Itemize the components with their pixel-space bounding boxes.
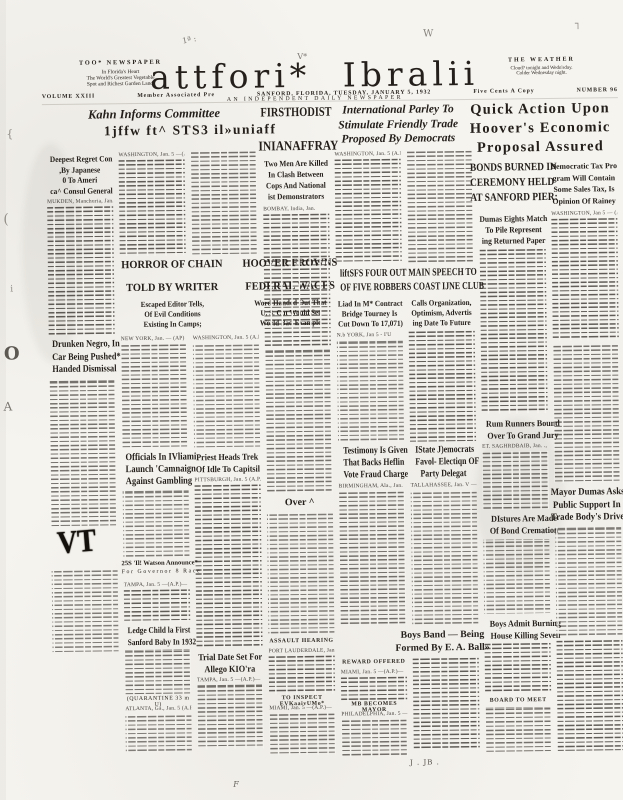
story-body: BIRMINGHAM, Ala., Jan. bbox=[339, 483, 407, 625]
story-dateline: WASHINGTON, Jan. 5 —(A.P.)— bbox=[119, 151, 185, 158]
story-dateline: TAMPA, Jan. 5 —(A.P.)— bbox=[197, 676, 263, 683]
body-text-greek bbox=[49, 380, 117, 529]
headline-line: Over ^ bbox=[285, 497, 315, 508]
headline-line: ing Returned Paper bbox=[476, 235, 552, 247]
headline-line: That Backs Heflin bbox=[343, 457, 399, 470]
headline-line: Favol- Electiqn OF bbox=[415, 456, 471, 469]
artifact-glyph: { bbox=[6, 128, 13, 141]
headline-line: ist Demonstrators bbox=[264, 191, 327, 203]
story-dateline: PITTSBURGH, Jan. 5 (A.P.) bbox=[194, 477, 260, 484]
scan-artifact: A bbox=[4, 400, 13, 414]
body-text-greek bbox=[123, 489, 190, 558]
body-text-greek bbox=[482, 450, 549, 509]
scan-artifact: ( bbox=[3, 212, 9, 228]
story-body: NEW YORK, Jan. — (AP) bbox=[121, 335, 188, 447]
headline-first-baby: Ledge Child la First Sanford Baby In 193… bbox=[122, 623, 192, 648]
story-dateline: NEW YORK, Jan. — (AP) bbox=[121, 335, 187, 342]
body-text-greek bbox=[409, 331, 476, 442]
headline-line: Priest Heads Trek bbox=[196, 451, 259, 464]
headline-line: IState J)emocrats bbox=[415, 444, 471, 457]
headline-line: Handed Dismissal bbox=[52, 363, 112, 376]
headline-line: Testimony Is Given bbox=[343, 445, 399, 458]
headline-robbers-speech: liftSFS FOUR OUT MAIN SPEECH TO OF FIVE … bbox=[320, 266, 480, 296]
scan-artifact: ┐ bbox=[575, 19, 581, 30]
body-text-greek bbox=[265, 350, 333, 495]
body-text-greek bbox=[411, 489, 479, 624]
body-text-greek bbox=[193, 342, 260, 447]
headline-line: Some Sales Tax, Is bbox=[549, 183, 619, 195]
story-dateline: PHILADELPHIA, Jan. 5 — bbox=[341, 711, 407, 718]
body-text-greek bbox=[483, 539, 550, 614]
story-body: MIAMI, Jan. 5 —(A.P.)— bbox=[269, 705, 336, 755]
headline-line: 1jffw ft^ STS3 il»uniaff bbox=[86, 121, 294, 140]
headline-watson-announces: 25S 'Il! Watson Announce* For Governor 8… bbox=[121, 559, 191, 575]
headline-line: OF FIVE ROBBERS COAST IJNE CLUB bbox=[340, 280, 460, 295]
body-text-greek bbox=[341, 676, 407, 701]
scan-artifact: i bbox=[10, 285, 13, 295]
headline-line: Kahn Informs Committee bbox=[84, 106, 224, 122]
weather-title: THE WEATHER bbox=[467, 56, 615, 64]
artifact-glyph: A bbox=[4, 400, 13, 414]
issue-number: NUMBER 96 bbox=[577, 87, 618, 94]
headline-line: Cops And National bbox=[264, 180, 327, 192]
headline-quick-action: Quick Action Upon Hoover's Economic Prop… bbox=[462, 99, 619, 158]
headline-dumas-match: Dumas Eights Match To Pile Represent ing… bbox=[471, 213, 555, 247]
body-text-greek bbox=[195, 484, 263, 647]
headline-line: ing Date To Future bbox=[410, 318, 473, 329]
ink-blot-letters: VT bbox=[56, 523, 98, 563]
headline-line: Proposal Assured bbox=[462, 137, 618, 158]
headline-mayor-dumas: Mayor Dumas Asks Public Support In Trade… bbox=[547, 486, 623, 524]
headline-line: Trial Date Set For bbox=[198, 651, 261, 664]
headline-two-men-killed: Two Men Are Killed In Clash Between Cops… bbox=[261, 158, 332, 203]
headline-officials-miami: Officials In IVliami Launch 'Camnaign Ag… bbox=[120, 451, 190, 488]
headline-deepest-regret: Deepest Regret Con ,By Japanese 0 To Ame… bbox=[47, 154, 114, 197]
weather-line: Colder Wednesday night. bbox=[468, 70, 616, 77]
story-body: PORT LAUDERDALE, Jan. 5. bbox=[269, 648, 336, 694]
headline-line: Mayor Dumas Asks bbox=[551, 486, 623, 499]
masthead-weather-ear: THE WEATHER Cloud? tonight and Wedn'sday… bbox=[467, 56, 615, 77]
deck-calls-organization: Calls Organization, Optimism, Advertis i… bbox=[406, 298, 476, 329]
story-body: ET. SAGHRDBAIB, Jan. ., bbox=[482, 443, 549, 509]
story-dateline: BOMBAY, India, Jan. bbox=[263, 206, 329, 213]
page-mark: J . JB . bbox=[410, 758, 440, 766]
headline-line: ASSAULT HEARING bbox=[269, 638, 333, 645]
headline-line: Rum Runners Bound bbox=[482, 417, 563, 430]
story-body: PHILADELPHIA, Jan. 5 — bbox=[341, 711, 408, 757]
story-body: ATLANTA, Ga., Jan. 5 (A.P.) bbox=[125, 705, 192, 751]
headline-line: ,By Japanese bbox=[50, 165, 110, 176]
body-text-greek bbox=[269, 712, 336, 755]
body-text-greek bbox=[553, 344, 621, 483]
body-text-greek bbox=[413, 658, 480, 751]
headline-drunken-dismissal: Drunken Negro, In Car Being Pushed* Hand… bbox=[47, 338, 117, 376]
headline-line: Allego KIO'ra bbox=[198, 663, 261, 676]
headline-line: Opinion Of Rainey bbox=[549, 195, 619, 207]
headline-line: Deepest Regret Con bbox=[50, 154, 110, 165]
story-body: MIAMI, Jan. 5 —(A.P.)— bbox=[341, 669, 407, 701]
body-text-greek bbox=[47, 206, 115, 335]
headline-line: Quick Action Upon bbox=[462, 99, 618, 120]
story-body: MUKDEN, Manchuria, Jan. bbox=[47, 198, 115, 334]
headline-line: Ledge Child la First bbox=[128, 623, 188, 636]
headline-line: Boys Admit Burning bbox=[485, 617, 566, 630]
body-text-greek bbox=[485, 707, 552, 752]
story-dateline: TAMPA, Jan. 5 —(A.P.)— bbox=[124, 581, 190, 588]
story-dateline: WASHINGTON, Jan 5 — (A.P.) bbox=[551, 210, 617, 217]
body-text-greek bbox=[119, 159, 186, 256]
headline-line: HORROR OF CHAIN bbox=[119, 258, 226, 273]
body-text-greek bbox=[557, 640, 623, 751]
story-body: WASHINGTON, Jan 5 — (A.P.) bbox=[551, 210, 619, 340]
story-dateline: MUKDEN, Manchuria, Jan. bbox=[47, 198, 113, 205]
headline-line: Launch 'Camnaign bbox=[126, 463, 186, 476]
story-dateline: TALLAHASSEE, Jan. V —(A.P.)— bbox=[411, 482, 477, 489]
body-text-greek bbox=[267, 512, 334, 635]
headline-line: Hoover's Economic bbox=[462, 118, 618, 139]
headline-line: Against Gambling bbox=[126, 475, 186, 488]
body-text-greek bbox=[555, 526, 622, 637]
scan-artifact: V* bbox=[297, 52, 307, 61]
deck-escaped-editor: Escaped Editor Tells, Of Evil Conditions… bbox=[116, 299, 228, 330]
artifact-glyph: O bbox=[4, 343, 20, 364]
section-head-board-meet: BOARD TO MEET bbox=[485, 697, 551, 704]
body-text-greek bbox=[341, 718, 407, 757]
headline-line: Two Men Are Killed bbox=[264, 158, 327, 170]
headline-line: BOARD TO MEET bbox=[490, 697, 547, 704]
story-body: TALLAHASSEE, Jan. V —(A.P.)— bbox=[411, 482, 479, 624]
headline-line: Trade Body's Drive. bbox=[551, 511, 623, 524]
headline-bonds-burned: BONDS BURNED IN CEREMONY HELD AT SANFORD… bbox=[463, 160, 560, 206]
body-text-greek bbox=[335, 158, 402, 263]
body-text-greek bbox=[551, 218, 618, 341]
headline-line: 0 To Ameri bbox=[50, 175, 110, 186]
scan-artifact: F bbox=[233, 780, 239, 789]
headline-line: Officials In IVliami bbox=[125, 451, 185, 464]
headline-line: 25S 'Il! Watson Announce* bbox=[121, 559, 191, 567]
headline-line: Drunken Negro, In bbox=[52, 338, 112, 351]
artifact-glyph: V* bbox=[297, 52, 307, 61]
headline-line: REWARD OFFERED bbox=[342, 659, 405, 666]
body-text-greek bbox=[124, 589, 190, 622]
blot-glyph: VT bbox=[56, 523, 98, 562]
story-dateline: BIRMINGHAM, Ala., Jan. bbox=[339, 483, 405, 490]
body-text-greek bbox=[197, 684, 264, 749]
artifact-glyph: i bbox=[10, 285, 13, 295]
body-text-greek bbox=[480, 249, 548, 414]
headline-line: gram Will Contain bbox=[549, 172, 619, 184]
headline-line: liftSFS FOUR OUT MAIN SPEECH TO bbox=[340, 266, 460, 281]
headline-line: Existing In Camps; bbox=[122, 319, 223, 330]
body-text-greek bbox=[52, 568, 119, 653]
body-text-greek bbox=[125, 649, 192, 694]
scan-artifact: W bbox=[423, 28, 433, 39]
artifact-glyph: ┐ bbox=[575, 19, 581, 30]
deck-bridge-tourney: Liad In M* Contract Bridge Tourney Is Cu… bbox=[334, 299, 404, 330]
volume-label: VOLUME XXIII bbox=[42, 94, 95, 101]
price-label: Five Cents A Copy bbox=[473, 88, 534, 95]
scan-artifact: 1ª : bbox=[181, 34, 197, 45]
body-text-greek bbox=[125, 713, 191, 752]
story-body: WASHINGTON, Jan. 5 (A.P.) bbox=[193, 335, 260, 447]
headline-line: In Clash Between bbox=[264, 169, 327, 181]
story-dateline: WASHINGTON, Jan. 5 (A.P.) bbox=[335, 151, 401, 158]
headline-line: Democratic Tax Pro bbox=[549, 160, 619, 172]
headline-line: Car Being Pushed* bbox=[52, 351, 112, 364]
artifact-glyph: ( bbox=[3, 212, 9, 228]
headline-line: For Governor 8 Race bbox=[122, 568, 192, 575]
story-dateline: WASHINGTON, Jan. 5 (A.P.) bbox=[193, 335, 259, 342]
headline-state-democrats: IState J)emocrats Favol- Electiqn OF Par… bbox=[408, 444, 478, 481]
section-head-assault-hearing: ASSAULT HEARING bbox=[268, 638, 334, 645]
body-text-greek bbox=[337, 339, 404, 442]
headline-line: Over To Grand Jury bbox=[482, 429, 563, 442]
headline-priest-trek: Priest Heads Trek Of Idle To Capitsil bbox=[192, 450, 262, 475]
headline-line: Dumas Eights Match bbox=[475, 213, 551, 225]
section-head-reward: REWARD OFFERED bbox=[341, 659, 407, 666]
headline-line: TOLD BY WRITER bbox=[119, 280, 226, 295]
headline-line: Cut Down To 17,071) bbox=[338, 319, 401, 330]
headline-over-fragment: Over ^ bbox=[285, 497, 315, 508]
story-body: WASHINGTON, Jan. 5 —(A.P.)— bbox=[119, 151, 186, 255]
newspaper-page: TOO* NEWSPAPER In Florida's Heart The Wo… bbox=[0, 0, 623, 800]
body-text-greek bbox=[269, 655, 335, 694]
headline-line: BONDS BURNED IN bbox=[470, 160, 552, 176]
story-dateline: MIAMI, Jan. 5 —(A.P.)— bbox=[341, 669, 407, 676]
scan-artifact: { bbox=[6, 128, 13, 141]
headline-line: Public Support In bbox=[551, 499, 623, 512]
story-dateline: ATLANTA, Ga., Jan. 5 (A.P.) bbox=[125, 705, 191, 712]
headline-line: Of Bond Cremation bbox=[484, 524, 565, 537]
story-dateline: PORT LAUDERDALE, Jan. 5. bbox=[269, 648, 335, 655]
story-dateline: N.b YORK, Jan 5 - I'U bbox=[337, 332, 403, 339]
artifact-glyph: J . JB . bbox=[410, 758, 440, 766]
scanned-page-content: TOO* NEWSPAPER In Florida's Heart The Wo… bbox=[0, 0, 623, 800]
headline-line: Proposed By Democrats bbox=[318, 131, 478, 147]
artifact-glyph: F bbox=[233, 780, 239, 789]
body-text-greek bbox=[485, 643, 552, 694]
headline-line: Party Delegat bbox=[415, 468, 471, 481]
headline-line: CEREMONY HELD bbox=[470, 175, 552, 191]
story-body: N.b YORK, Jan 5 - I'U bbox=[337, 332, 404, 442]
headline-line: ca^ Consul General bbox=[50, 186, 110, 197]
artifact-glyph: W bbox=[423, 28, 433, 39]
body-text-greek bbox=[339, 490, 407, 625]
artifact-glyph: 1ª : bbox=[181, 34, 197, 45]
headline-testimony-heflin: Testimony Is Given That Backs Heflin Vot… bbox=[336, 445, 406, 482]
headline-kahn-deck: 1jffw ft^ STS3 il»uniaff bbox=[86, 121, 294, 140]
member-label: Member Associated Pre bbox=[137, 92, 215, 99]
story-body: TAMPA, Jan. 5 —(A.P.)— bbox=[197, 676, 264, 748]
story-body: WASHINGTON, Jan. 5 (A.P.) bbox=[335, 151, 402, 263]
scan-artifact: O bbox=[4, 343, 20, 364]
headline-line: Of Idle To Capitsil bbox=[196, 463, 259, 476]
headline-international-parley: International Parley To Stimulate Friend… bbox=[318, 102, 479, 147]
headline-kahn: Kahn Informs Committee bbox=[84, 106, 224, 122]
story-dateline: ET. SAGHRDBAIB, Jan. ., bbox=[482, 443, 548, 450]
headline-trial-date: Trial Date Set For Allego KIO'ra bbox=[195, 650, 265, 675]
headline-democratic-tax: Democratic Tax Pro gram Will Contain Som… bbox=[549, 160, 620, 207]
story-body: TAMPA, Jan. 5 —(A.P.)— bbox=[124, 581, 190, 621]
headline-line: Vote Fraud Charge bbox=[343, 469, 399, 482]
headline-line: To Pile Represent bbox=[476, 224, 552, 236]
headline-line: Sanford Baby In 1932 bbox=[128, 635, 188, 648]
body-text-greek bbox=[121, 343, 188, 448]
body-text-greek bbox=[190, 151, 257, 256]
headline-line: House Killing Seven bbox=[485, 629, 566, 642]
story-body: PITTSBURGH, Jan. 5 (A.P.) bbox=[194, 477, 262, 647]
headline-line: AT SANFORD PIER: bbox=[470, 190, 552, 206]
headline-horror-chain: HORROR OF CHAIN TOLD BY WRITER bbox=[116, 258, 228, 295]
story-dateline: MIAMI, Jan. 5 —(A.P.)— bbox=[269, 705, 335, 712]
